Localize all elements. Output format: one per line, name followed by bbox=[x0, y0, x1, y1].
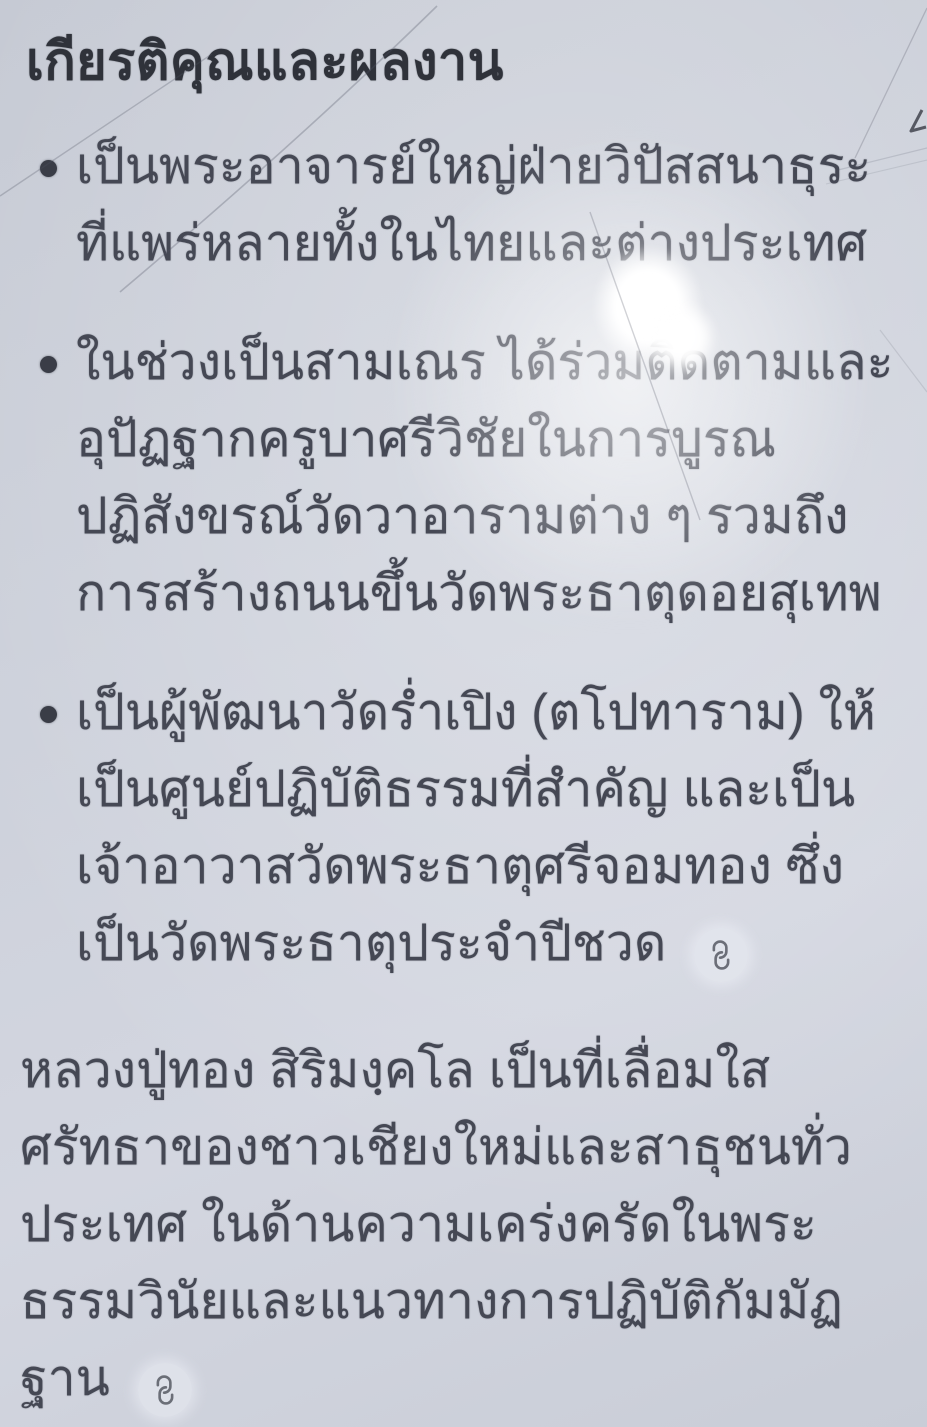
bullet-text-line: การสร้างถนนขึ้นวัดพระธาตุดอยสุเทพ bbox=[76, 555, 907, 632]
bullet-text: เจ้าอาวาสวัดพระธาตุศรีจอมทอง ซึ่ง bbox=[76, 838, 844, 894]
paragraph-text: ธรรมวินัยและแนวทางการปฏิบัติกัมมัฏ bbox=[20, 1273, 843, 1329]
paragraph-text-line: หลวงปู่ทอง สิริมงฺคโล เป็นที่เลื่อมใส bbox=[20, 1032, 907, 1109]
bullet-text: ในช่วงเป็นสามเณร ได้ร่วมติดตามและ bbox=[76, 334, 893, 390]
bullet-dot-icon bbox=[40, 160, 57, 177]
bullet-text: เป็นศูนย์ปฏิบัติธรรมที่สำคัญ และเป็น bbox=[76, 761, 855, 817]
bullet-text-line: เป็นผู้พัฒนาวัดร่ำเปิง (ตโปทาราม) ให้ bbox=[76, 674, 907, 751]
paragraph-text: ฐาน bbox=[20, 1350, 110, 1406]
paragraph-text-line: ธรรมวินัยและแนวทางการปฏิบัติกัมมัฏ bbox=[20, 1263, 907, 1340]
bullet-text: ที่แพร่หลายทั้งในไทยและต่างประเทศ bbox=[76, 215, 867, 271]
bullet-text-line: อุปัฏฐากครูบาศรีวิชัยในการบูรณ bbox=[76, 401, 907, 478]
bullet-list: เป็นพระอาจารย์ใหญ่ฝ่ายวิปัสสนาธุระที่แพร… bbox=[20, 128, 907, 982]
reference-link-badge[interactable] bbox=[694, 928, 748, 982]
bullet-text: เป็นพระอาจารย์ใหญ่ฝ่ายวิปัสสนาธุระ bbox=[76, 138, 871, 194]
reference-link-badge[interactable] bbox=[138, 1363, 192, 1417]
bullet-text-line: เจ้าอาวาสวัดพระธาตุศรีจอมทอง ซึ่ง bbox=[76, 828, 907, 905]
link-icon bbox=[150, 1375, 180, 1405]
bullet-text: เป็นวัดพระธาตุประจำปีชวด bbox=[76, 915, 666, 971]
paragraph-text-line: ประเทศ ในด้านความเคร่งครัดในพระ bbox=[20, 1186, 907, 1263]
bullet-dot-icon bbox=[40, 356, 57, 373]
bullet-text-line: ปฏิสังขรณ์วัดวาอารามต่าง ๆ รวมถึง bbox=[76, 478, 907, 555]
bullet-text: ปฏิสังขรณ์วัดวาอารามต่าง ๆ รวมถึง bbox=[76, 488, 849, 544]
bullet-item: เป็นพระอาจารย์ใหญ่ฝ่ายวิปัสสนาธุระที่แพร… bbox=[20, 128, 907, 282]
page-title: เกียรติคุณและผลงาน bbox=[20, 26, 907, 98]
bullet-text-line: เป็นพระอาจารย์ใหญ่ฝ่ายวิปัสสนาธุระ bbox=[76, 128, 907, 205]
bullet-text: อุปัฏฐากครูบาศรีวิชัยในการบูรณ bbox=[76, 411, 776, 467]
closing-paragraph: หลวงปู่ทอง สิริมงฺคโล เป็นที่เลื่อมใสศรั… bbox=[20, 1032, 907, 1417]
bullet-text: เป็นผู้พัฒนาวัดร่ำเปิง (ตโปทาราม) ให้ bbox=[76, 684, 876, 740]
link-icon bbox=[706, 940, 736, 970]
paragraph-text-line: ฐาน bbox=[20, 1340, 907, 1417]
bullet-dot-icon bbox=[40, 706, 57, 723]
paragraph-text: หลวงปู่ทอง สิริมงฺคโล เป็นที่เลื่อมใส bbox=[20, 1042, 770, 1098]
page-content: เกียรติคุณและผลงาน เป็นพระอาจารย์ใหญ่ฝ่า… bbox=[0, 0, 927, 1427]
bullet-item: ในช่วงเป็นสามเณร ได้ร่วมติดตามและอุปัฏฐา… bbox=[20, 324, 907, 632]
bullet-text-line: ในช่วงเป็นสามเณร ได้ร่วมติดตามและ bbox=[76, 324, 907, 401]
paragraph-text-line: ศรัทธาของชาวเชียงใหม่และสาธุชนทั่ว bbox=[20, 1109, 907, 1186]
paragraph-text: ศรัทธาของชาวเชียงใหม่และสาธุชนทั่ว bbox=[20, 1119, 852, 1175]
bullet-text-line: เป็นวัดพระธาตุประจำปีชวด bbox=[76, 905, 907, 982]
bullet-text-line: ที่แพร่หลายทั้งในไทยและต่างประเทศ bbox=[76, 205, 907, 282]
paragraph-text: ประเทศ ในด้านความเคร่งครัดในพระ bbox=[20, 1196, 817, 1252]
photographed-document-page: เกียรติคุณและผลงาน เป็นพระอาจารย์ใหญ่ฝ่า… bbox=[0, 0, 927, 1427]
bullet-item: เป็นผู้พัฒนาวัดร่ำเปิง (ตโปทาราม) ให้เป็… bbox=[20, 674, 907, 982]
bullet-text: การสร้างถนนขึ้นวัดพระธาตุดอยสุเทพ bbox=[76, 565, 882, 621]
bullet-text-line: เป็นศูนย์ปฏิบัติธรรมที่สำคัญ และเป็น bbox=[76, 751, 907, 828]
